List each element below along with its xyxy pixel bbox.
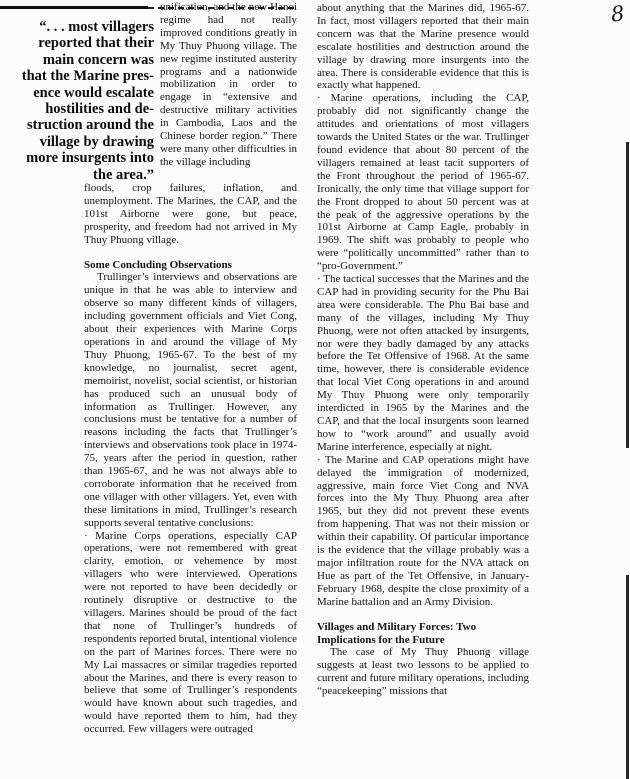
section-heading-villages-and-military-forces: Villages and Military Forces: Two Implic… [317,621,529,647]
top-rule-solid [0,6,148,9]
page-number: 8 [610,1,626,26]
right-column-bullet-paragraph: · The tactical successes that the Marine… [317,273,529,454]
left-column-body: floods, crop failures, inflation, and un… [84,182,297,736]
left-column-bullet-paragraph: · Marine Corps operations, especially CA… [84,530,297,737]
scanned-page: “. . . most villagers reported that thei… [0,0,630,779]
left-column-paragraph: Trullinger’s interviews and observations… [84,271,297,529]
right-column-bullet-paragraph: · The Marine and CAP operations might ha… [317,454,529,609]
right-column-paragraph: The case of My Thuy Phuong village sugge… [317,646,529,698]
pull-quote: “. . . most villagers reported that thei… [6,19,154,183]
right-column-bullet-paragraph: · Marine operations, including the CAP, … [317,92,529,273]
scan-edge-artifact [626,142,629,448]
right-column-body: about anything that the Marines did, 196… [317,2,529,698]
right-column-paragraph-continued: about anything that the Marines did, 196… [317,2,529,92]
left-column-intro-wrap-text: unification, and the new Hanoi regime ha… [160,1,297,169]
left-column-paragraph-continued: floods, crop failures, inflation, and un… [84,182,297,247]
scan-edge-artifact [626,575,629,779]
section-heading-concluding-observations: Some Concluding Observations [84,259,297,272]
